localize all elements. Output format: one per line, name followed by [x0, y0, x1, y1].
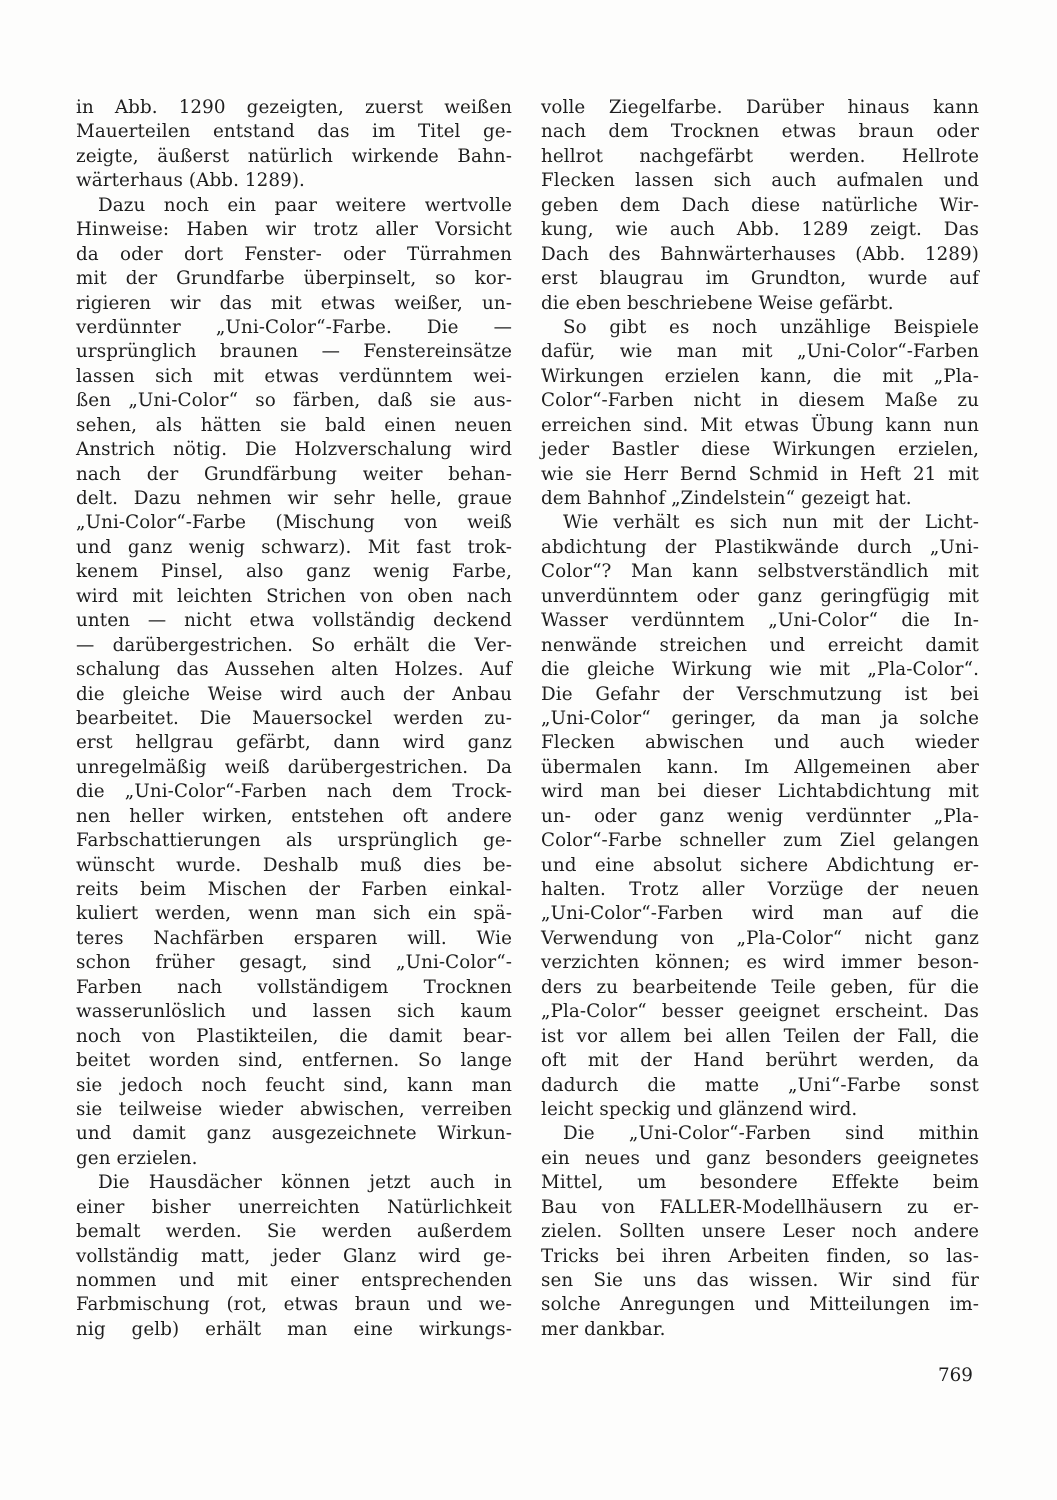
text-line: jeder Bastler diese Wirkungen erzielen,	[541, 438, 979, 462]
text-line: Dach des Bahnwärterhauses (Abb. 1289)	[541, 243, 979, 267]
text-line: un- oder ganz wenig verdünnter „Pla-	[541, 805, 979, 829]
text-line: erst hellgrau gefärbt, dann wird ganz	[76, 731, 512, 755]
text-line: „Pla-Color“ besser geeignet erscheint. D…	[541, 1000, 979, 1024]
text-line: bearbeitet. Die Mauersockel werden zu-	[76, 707, 512, 731]
text-line: Color“-Farbe schneller zum Ziel gelangen	[541, 829, 979, 853]
text-line: hellrot nachgefärbt werden. Hellrote	[541, 145, 979, 169]
text-line: Dazu noch ein paar weitere wertvolle	[76, 194, 512, 218]
text-line: teres Nachfärben ersparen will. Wie	[76, 927, 512, 951]
text-line: rigieren wir das mit etwas weißer, un-	[76, 292, 512, 316]
text-line: wünscht wurde. Deshalb muß dies be-	[76, 854, 512, 878]
text-line: unverdünntem oder ganz geringfügig mit	[541, 585, 979, 609]
text-line: dadurch die matte „Uni“-Farbe sonst	[541, 1074, 979, 1098]
text-line: übermalen kann. Im Allgemeinen aber	[541, 756, 979, 780]
text-line: sen Sie uns das wissen. Wir sind für	[541, 1269, 979, 1293]
text-line: Verwendung von „Pla-Color“ nicht ganz	[541, 927, 979, 951]
document-page: in Abb. 1290 gezeigten, zuerst weißenMau…	[0, 0, 1057, 1500]
text-line: sie teilweise wieder abwischen, verreibe…	[76, 1098, 512, 1122]
text-line: in Abb. 1290 gezeigten, zuerst weißen	[76, 96, 512, 120]
text-line: Die „Uni-Color“-Farben sind mithin	[541, 1122, 979, 1146]
text-line: kenem Pinsel, also ganz wenig Farbe,	[76, 560, 512, 584]
text-line: — darübergestrichen. So erhält die Ver-	[76, 634, 512, 658]
text-line: zielen. Sollten unsere Leser noch andere	[541, 1220, 979, 1244]
page-number: 769	[938, 1364, 973, 1388]
text-line: wird mit leichten Strichen von oben nach	[76, 585, 512, 609]
text-line: nen heller wirken, entstehen oft andere	[76, 805, 512, 829]
text-line: und ganz wenig schwarz). Mit fast trok-	[76, 536, 512, 560]
text-line: einer bisher unerreichten Natürlichkeit	[76, 1196, 512, 1220]
text-line: dafür, wie man mit „Uni-Color“-Farben	[541, 340, 979, 364]
text-line: schon früher gesagt, sind „Uni-Color“-	[76, 951, 512, 975]
text-line: ursprünglich braunen — Fenstereinsätze	[76, 340, 512, 364]
text-line: nenwände streichen und erreicht damit	[541, 634, 979, 658]
text-line: mer dankbar.	[541, 1318, 979, 1342]
text-line: beitet worden sind, entfernen. So lange	[76, 1049, 512, 1073]
text-line: oft mit der Hand berührt werden, da	[541, 1049, 979, 1073]
text-line: Farbschattierungen als ursprünglich ge-	[76, 829, 512, 853]
text-line: ist vor allem bei allen Teilen der Fall,…	[541, 1025, 979, 1049]
text-line: volle Ziegelfarbe. Darüber hinaus kann	[541, 96, 979, 120]
text-line: Die Gefahr der Verschmutzung ist bei	[541, 683, 979, 707]
text-line: Die Hausdächer können jetzt auch in	[76, 1171, 512, 1195]
text-line: ders zu bearbeitende Teile geben, für di…	[541, 976, 979, 1000]
text-line: Anstrich nötig. Die Holzverschalung wird	[76, 438, 512, 462]
text-line: „Uni-Color“-Farben wird man auf die	[541, 902, 979, 926]
text-line: Mittel, um besondere Effekte beim	[541, 1171, 979, 1195]
text-line: ßen „Uni-Color“ so färben, daß sie aus-	[76, 389, 512, 413]
text-line: Bau von FALLER-Modellhäusern zu er-	[541, 1196, 979, 1220]
text-line: verzichten können; es wird immer beson-	[541, 951, 979, 975]
right-text-column: volle Ziegelfarbe. Darüber hinaus kannna…	[541, 96, 979, 1342]
text-line: zeigte, äußerst natürlich wirkende Bahn-	[76, 145, 512, 169]
text-line: gen erzielen.	[76, 1147, 512, 1171]
text-line: Wirkungen erzielen kann, die mit „Pla-	[541, 365, 979, 389]
text-line: wird man bei dieser Lichtabdichtung mit	[541, 780, 979, 804]
left-text-column: in Abb. 1290 gezeigten, zuerst weißenMau…	[76, 96, 512, 1342]
text-line: wärterhaus (Abb. 1289).	[76, 169, 512, 193]
text-line: solche Anregungen und Mitteilungen im-	[541, 1293, 979, 1317]
text-line: sehen, als hätten sie bald einen neuen	[76, 414, 512, 438]
text-line: kung, wie auch Abb. 1289 zeigt. Das	[541, 218, 979, 242]
text-line: unregelmäßig weiß darübergestrichen. Da	[76, 756, 512, 780]
text-line: wasserunlöslich und lassen sich kaum	[76, 1000, 512, 1024]
text-line: Wie verhält es sich nun mit der Licht-	[541, 511, 979, 535]
text-line: Hinweise: Haben wir trotz aller Vorsicht	[76, 218, 512, 242]
text-line: leicht speckig und glänzend wird.	[541, 1098, 979, 1122]
text-line: und eine absolut sichere Abdichtung er-	[541, 854, 979, 878]
text-line: da oder dort Fenster- oder Türrahmen	[76, 243, 512, 267]
text-line: halten. Trotz aller Vorzüge der neuen	[541, 878, 979, 902]
text-line: die gleiche Weise wird auch der Anbau	[76, 683, 512, 707]
text-line: unten — nicht etwa vollständig deckend	[76, 609, 512, 633]
text-line: nig gelb) erhält man eine wirkungs-	[76, 1318, 512, 1342]
text-line: „Uni-Color“-Farbe (Mischung von weiß	[76, 511, 512, 535]
text-line: delt. Dazu nehmen wir sehr helle, graue	[76, 487, 512, 511]
text-line: nommen und mit einer entsprechenden	[76, 1269, 512, 1293]
text-line: erreichen sind. Mit etwas Übung kann nun	[541, 414, 979, 438]
text-line: verdünnter „Uni-Color“-Farbe. Die —	[76, 316, 512, 340]
text-line: dem Bahnhof „Zindelstein“ gezeigt hat.	[541, 487, 979, 511]
text-line: Flecken lassen sich auch aufmalen und	[541, 169, 979, 193]
text-line: Farben nach vollständigem Trocknen	[76, 976, 512, 1000]
text-line: wie sie Herr Bernd Schmid in Heft 21 mit	[541, 463, 979, 487]
text-line: noch von Plastikteilen, die damit bear-	[76, 1025, 512, 1049]
text-line: geben dem Dach diese natürliche Wir-	[541, 194, 979, 218]
text-line: die gleiche Wirkung wie mit „Pla-Color“.	[541, 658, 979, 682]
text-line: abdichtung der Plastikwände durch „Uni-	[541, 536, 979, 560]
text-line: Wasser verdünntem „Uni-Color“ die In-	[541, 609, 979, 633]
text-line: Mauerteilen entstand das im Titel ge-	[76, 120, 512, 144]
text-line: So gibt es noch unzählige Beispiele	[541, 316, 979, 340]
text-line: nach dem Trocknen etwas braun oder	[541, 120, 979, 144]
text-line: nach der Grundfärbung weiter behan-	[76, 463, 512, 487]
text-line: schalung das Aussehen alten Holzes. Auf	[76, 658, 512, 682]
text-line: die eben beschriebene Weise gefärbt.	[541, 292, 979, 316]
text-line: Color“? Man kann selbstverständlich mit	[541, 560, 979, 584]
text-line: kuliert werden, wenn man sich ein spä-	[76, 902, 512, 926]
text-line: sie jedoch noch feucht sind, kann man	[76, 1074, 512, 1098]
text-line: mit der Grundfarbe überpinselt, so kor-	[76, 267, 512, 291]
text-line: vollständig matt, jeder Glanz wird ge-	[76, 1245, 512, 1269]
text-line: „Uni-Color“ geringer, da man ja solche	[541, 707, 979, 731]
text-line: lassen sich mit etwas verdünntem wei-	[76, 365, 512, 389]
text-line: Tricks bei ihren Arbeiten finden, so las…	[541, 1245, 979, 1269]
text-line: reits beim Mischen der Farben einkal-	[76, 878, 512, 902]
text-line: Flecken abwischen und auch wieder	[541, 731, 979, 755]
text-line: Farbmischung (rot, etwas braun und we-	[76, 1293, 512, 1317]
text-line: ein neues und ganz besonders geeignetes	[541, 1147, 979, 1171]
text-line: Color“-Farben nicht in diesem Maße zu	[541, 389, 979, 413]
text-line: bemalt werden. Sie werden außerdem	[76, 1220, 512, 1244]
text-line: erst blaugrau im Grundton, wurde auf	[541, 267, 979, 291]
text-line: und damit ganz ausgezeichnete Wirkun-	[76, 1122, 512, 1146]
text-line: die „Uni-Color“-Farben nach dem Trock-	[76, 780, 512, 804]
